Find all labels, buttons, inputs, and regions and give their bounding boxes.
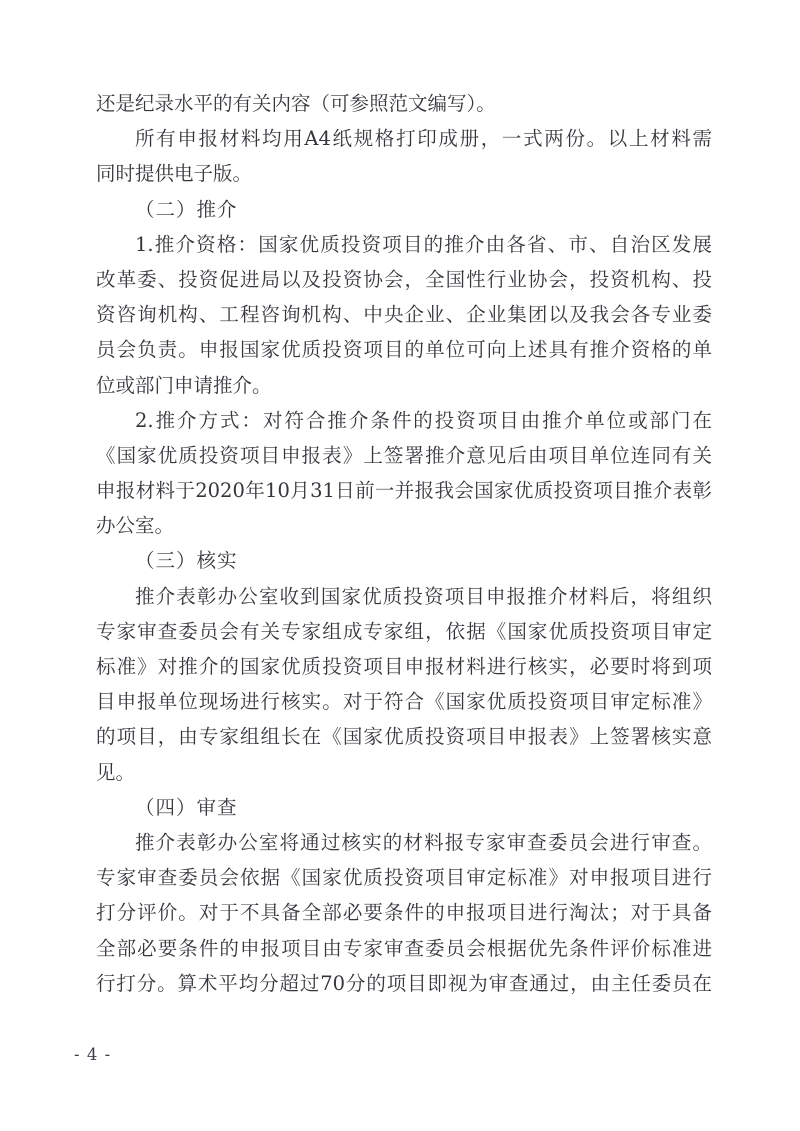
text-line: 所有申报材料均用A4纸规格打印成册，一式两份。以上材料需 <box>96 121 712 156</box>
text-line: 还是纪录水平的有关内容（可参照范文编写）。 <box>96 86 712 121</box>
text-line: 《国家优质投资项目申报表》上签署推介意见后由项目单位连同有关 <box>96 438 712 473</box>
section-heading: （四）审查 <box>96 790 712 825</box>
text-line: 办公室。 <box>96 508 712 543</box>
text-line: 员会负责。申报国家优质投资项目的单位可向上述具有推介资格的单 <box>96 332 712 367</box>
page-number: - 4 - <box>74 1044 111 1066</box>
text-line: 改革委、投资促进局以及投资协会，全国性行业协会，投资机构、投 <box>96 262 712 297</box>
text-line: 位或部门申请推介。 <box>96 368 712 403</box>
text-line: 的项目，由专家组组长在《国家优质投资项目申报表》上签署核实意 <box>96 719 712 754</box>
text-line: 申报材料于2020年10月31日前一并报我会国家优质投资项目推介表彰 <box>96 473 712 508</box>
text-line: 全部必要条件的申报项目由专家审查委员会根据优先条件评价标准进 <box>96 931 712 966</box>
text-line: 推介表彰办公室收到国家优质投资项目申报推介材料后，将组织 <box>96 579 712 614</box>
text-line: 推介表彰办公室将通过核实的材料报专家审查委员会进行审查。 <box>96 825 712 860</box>
section-heading: （三）核实 <box>96 543 712 578</box>
text-line: 行打分。算术平均分超过70分的项目即视为审查通过，由主任委员在 <box>96 966 712 1001</box>
text-line: 标准》对推介的国家优质投资项目申报材料进行核实，必要时将到项 <box>96 649 712 684</box>
text-line: 专家审查委员会有关专家组成专家组，依据《国家优质投资项目审定 <box>96 614 712 649</box>
text-line: 1.推介资格：国家优质投资项目的推介由各省、市、自治区发展 <box>96 227 712 262</box>
text-line: 同时提供电子版。 <box>96 156 712 191</box>
text-line: 专家审查委员会依据《国家优质投资项目审定标准》对申报项目进行 <box>96 860 712 895</box>
text-line: 打分评价。对于不具备全部必要条件的申报项目进行淘汰；对于具备 <box>96 895 712 930</box>
text-line: 2.推介方式：对符合推介条件的投资项目由推介单位或部门在 <box>96 403 712 438</box>
document-page: 还是纪录水平的有关内容（可参照范文编写）。所有申报材料均用A4纸规格打印成册，一… <box>0 0 800 1131</box>
text-line: 见。 <box>96 755 712 790</box>
document-body: 还是纪录水平的有关内容（可参照范文编写）。所有申报材料均用A4纸规格打印成册，一… <box>96 86 712 1001</box>
text-line: 资咨询机构、工程咨询机构、中央企业、企业集团以及我会各专业委 <box>96 297 712 332</box>
section-heading: （二）推介 <box>96 192 712 227</box>
text-line: 目申报单位现场进行核实。对于符合《国家优质投资项目审定标准》 <box>96 684 712 719</box>
